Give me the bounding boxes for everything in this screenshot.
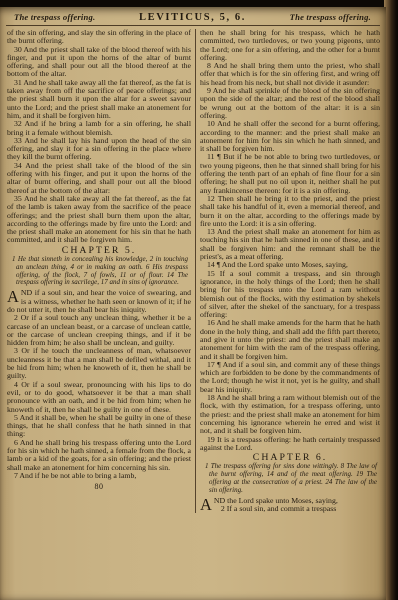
verse: 34 And the priest shall take of the bloo… xyxy=(7,162,191,195)
book-page-edge xyxy=(384,0,398,600)
verse: 16 And he shall make amends for the harm… xyxy=(200,319,380,360)
verse: 3 Or if he touch the uncleanness of man,… xyxy=(7,347,191,380)
bible-page: The trespass offering. LEVITICUS, 5, 6. … xyxy=(0,7,386,600)
running-header-left: The trespass offering. xyxy=(14,12,95,22)
verse: 18 And he shall bring a ram without blem… xyxy=(200,394,380,435)
verse: 30 And the priest shall take of the bloo… xyxy=(7,46,191,79)
verse: 10 And he shall offer the second for a b… xyxy=(200,120,380,153)
chapter-summary: 1 He that sinneth in concealing his know… xyxy=(7,256,191,288)
verse: 31 And he shall take away all the fat th… xyxy=(7,79,191,120)
verse: 6 And he shall bring his trespass offeri… xyxy=(7,439,191,472)
verse: 35 And he shall take away all the fat th… xyxy=(7,195,191,245)
verse: 5 And it shall be, when he shall be guil… xyxy=(7,414,191,439)
verse: 33 And he shall lay his hand upon the he… xyxy=(7,137,191,162)
running-header: The trespass offering. LEVITICUS, 5, 6. … xyxy=(6,7,380,26)
verse: 11 ¶ But if he be not able to bring two … xyxy=(200,153,380,194)
page-title: LEVITICUS, 5, 6. xyxy=(139,12,246,23)
verse: 13 And the priest shall make an atonemen… xyxy=(200,228,380,261)
verse: 7 And if he be not able to bring a lamb, xyxy=(7,472,191,480)
book-photo: The trespass offering. LEVITICUS, 5, 6. … xyxy=(0,0,398,600)
left-column: of the sin offering, and slay the sin of… xyxy=(7,29,195,513)
verse: 32 And if he bring a lamb for a sin offe… xyxy=(7,120,191,137)
verse: then he shall bring for his trespass, wh… xyxy=(200,29,380,62)
right-column: then he shall bring for his trespass, wh… xyxy=(195,29,380,513)
verse: 19 It is a trespass offering: he hath ce… xyxy=(200,436,380,453)
verse: 17 ¶ And if a soul sin, and commit any o… xyxy=(200,361,380,394)
verse: 4 Or if a soul swear, pronouncing with h… xyxy=(7,381,191,414)
page-number: 80 xyxy=(7,483,191,491)
verse: 15 If a soul commit a trespass, and sin … xyxy=(200,270,380,320)
verse-text: ND if a soul sin, and hear the voice of … xyxy=(7,288,191,314)
verse: 2 If a soul sin, and commit a trespass xyxy=(200,505,380,513)
verse: of the sin offering, and slay the sin of… xyxy=(7,29,191,46)
running-header-right: The trespass offering. xyxy=(290,12,371,22)
drop-cap: A xyxy=(7,289,21,305)
verse: 2 Or if a soul touch any unclean thing, … xyxy=(7,314,191,347)
drop-cap: A xyxy=(200,497,214,513)
verse: 12 Then shall he bring it to the priest,… xyxy=(200,195,380,228)
chapter-summary: 1 The trespass offering for sins done wi… xyxy=(200,463,380,495)
verse: 8 And he shall bring them unto the pries… xyxy=(200,62,380,87)
verse: 9 And he shall sprinkle of the blood of … xyxy=(200,87,380,120)
verse: AND if a soul sin, and hear the voice of… xyxy=(7,289,191,314)
text-columns: of the sin offering, and slay the sin of… xyxy=(0,26,386,513)
